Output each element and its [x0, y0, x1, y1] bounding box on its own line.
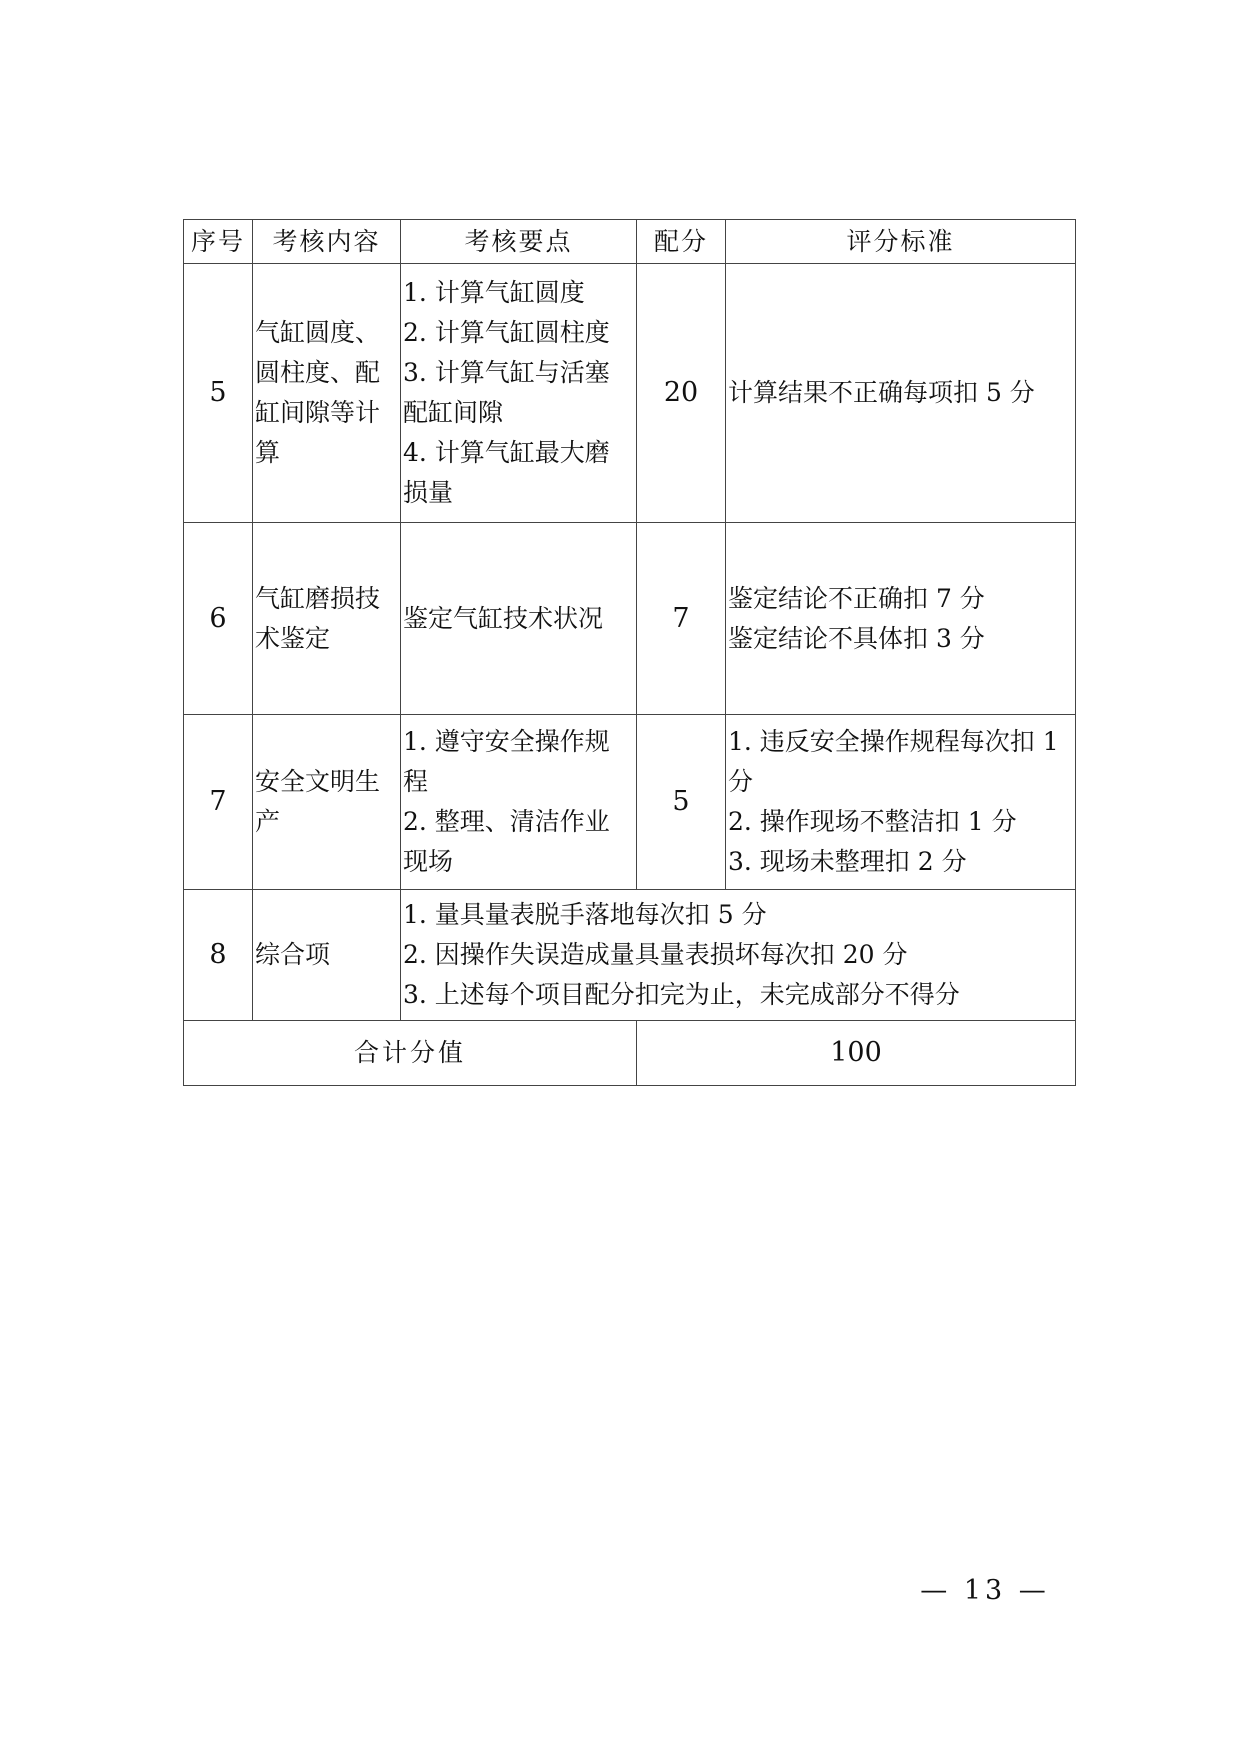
criteria-item: 计算结果不正确每项扣 5 分 — [728, 373, 1073, 413]
header-content: 考核内容 — [253, 220, 401, 264]
row-criteria: 计算结果不正确每项扣 5 分 — [726, 264, 1076, 523]
point-item: 3. 计算气缸与活塞配缸间隙 — [403, 353, 634, 433]
row-content: 气缸圆度、圆柱度、配缸间隙等计算 — [253, 264, 401, 523]
total-label: 合计分值 — [184, 1021, 637, 1086]
point-item: 1. 计算气缸圆度 — [403, 273, 634, 313]
total-row: 合计分值 100 — [184, 1021, 1076, 1086]
note-item: 1. 量具量表脱手落地每次扣 5 分 — [403, 895, 1073, 935]
row-no: 7 — [184, 715, 253, 890]
row-content: 安全文明生产 — [253, 715, 401, 890]
row-score: 5 — [637, 715, 726, 890]
header-score: 配分 — [637, 220, 726, 264]
criteria-item: 鉴定结论不具体扣 3 分 — [728, 619, 1073, 659]
scoring-table-container: 序号 考核内容 考核要点 配分 评分标准 5 气缸圆度、圆柱度、配缸间隙等计算 … — [183, 219, 1075, 1086]
table-header-row: 序号 考核内容 考核要点 配分 评分标准 — [184, 220, 1076, 264]
point-item: 2. 整理、清洁作业现场 — [403, 802, 634, 882]
row-points: 1. 遵守安全操作规程 2. 整理、清洁作业现场 — [401, 715, 637, 890]
row-criteria: 鉴定结论不正确扣 7 分 鉴定结论不具体扣 3 分 — [726, 523, 1076, 715]
total-value: 100 — [637, 1021, 1076, 1086]
note-item: 3. 上述每个项目配分扣完为止，未完成部分不得分 — [403, 975, 1073, 1015]
point-item: 2. 计算气缸圆柱度 — [403, 313, 634, 353]
point-item: 1. 遵守安全操作规程 — [403, 722, 634, 802]
table-row: 5 气缸圆度、圆柱度、配缸间隙等计算 1. 计算气缸圆度 2. 计算气缸圆柱度 … — [184, 264, 1076, 523]
row-criteria: 1. 违反安全操作规程每次扣 1 分 2. 操作现场不整洁扣 1 分 3. 现场… — [726, 715, 1076, 890]
criteria-item: 2. 操作现场不整洁扣 1 分 — [728, 802, 1073, 842]
table-row: 6 气缸磨损技术鉴定 鉴定气缸技术状况 7 鉴定结论不正确扣 7 分 鉴定结论不… — [184, 523, 1076, 715]
row-merged-notes: 1. 量具量表脱手落地每次扣 5 分 2. 因操作失误造成量具量表损坏每次扣 2… — [401, 890, 1076, 1021]
row-score: 7 — [637, 523, 726, 715]
point-item: 鉴定气缸技术状况 — [403, 599, 634, 639]
criteria-item: 鉴定结论不正确扣 7 分 — [728, 579, 1073, 619]
criteria-item: 3. 现场未整理扣 2 分 — [728, 842, 1073, 882]
row-content: 气缸磨损技术鉴定 — [253, 523, 401, 715]
row-points: 1. 计算气缸圆度 2. 计算气缸圆柱度 3. 计算气缸与活塞配缸间隙 4. 计… — [401, 264, 637, 523]
row-no: 6 — [184, 523, 253, 715]
table-row: 7 安全文明生产 1. 遵守安全操作规程 2. 整理、清洁作业现场 5 1. 违… — [184, 715, 1076, 890]
row-content: 综合项 — [253, 890, 401, 1021]
header-no: 序号 — [184, 220, 253, 264]
criteria-item: 1. 违反安全操作规程每次扣 1 分 — [728, 722, 1073, 802]
point-item: 4. 计算气缸最大磨损量 — [403, 433, 634, 513]
row-points: 鉴定气缸技术状况 — [401, 523, 637, 715]
row-no: 8 — [184, 890, 253, 1021]
page-number: — 13 — — [920, 1575, 1050, 1606]
note-item: 2. 因操作失误造成量具量表损坏每次扣 20 分 — [403, 935, 1073, 975]
header-criteria: 评分标准 — [726, 220, 1076, 264]
row-no: 5 — [184, 264, 253, 523]
scoring-table: 序号 考核内容 考核要点 配分 评分标准 5 气缸圆度、圆柱度、配缸间隙等计算 … — [183, 219, 1076, 1086]
table-row: 8 综合项 1. 量具量表脱手落地每次扣 5 分 2. 因操作失误造成量具量表损… — [184, 890, 1076, 1021]
header-points: 考核要点 — [401, 220, 637, 264]
row-score: 20 — [637, 264, 726, 523]
